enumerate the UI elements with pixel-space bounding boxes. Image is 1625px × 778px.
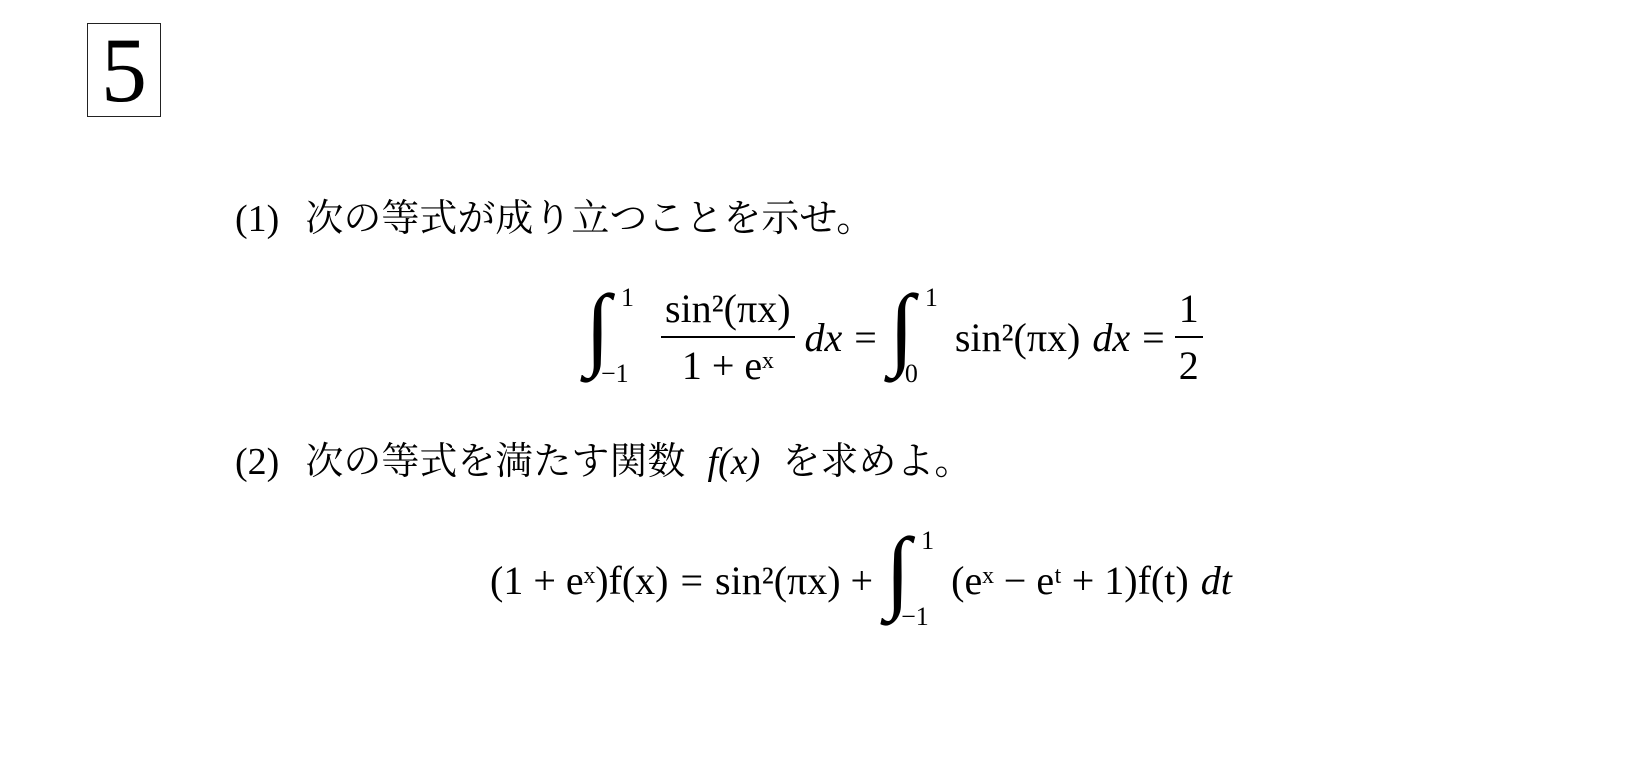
equation-2: (1 + eˣ)f(x) = sin²(πx) + ∫ 1 −1 (eˣ − e… xyxy=(490,525,1232,635)
problem-number: 5 xyxy=(87,23,161,117)
question-2-label: (2) xyxy=(235,441,279,483)
question-1-text: 次の等式が成り立つことを示せ。 xyxy=(305,196,874,240)
result-fraction: 1 2 xyxy=(1175,285,1203,389)
integral-sign: ∫ 1 0 xyxy=(889,287,949,387)
question-1: (1) 次の等式が成り立つことを示せ。 xyxy=(235,187,874,242)
question-2: (2) 次の等式を満たす関数 f(x) を求めよ。 xyxy=(235,430,972,485)
question-1-label: (1) xyxy=(235,198,279,240)
integral-sign: ∫ 1 −1 xyxy=(885,530,945,630)
integral-sign: ∫ 1 −1 xyxy=(585,287,645,387)
equation-1: ∫ 1 −1 sin²(πx) 1 + eˣ dx = ∫ 1 0 sin²(π… xyxy=(585,282,1213,392)
fraction: sin²(πx) 1 + eˣ xyxy=(661,285,795,389)
